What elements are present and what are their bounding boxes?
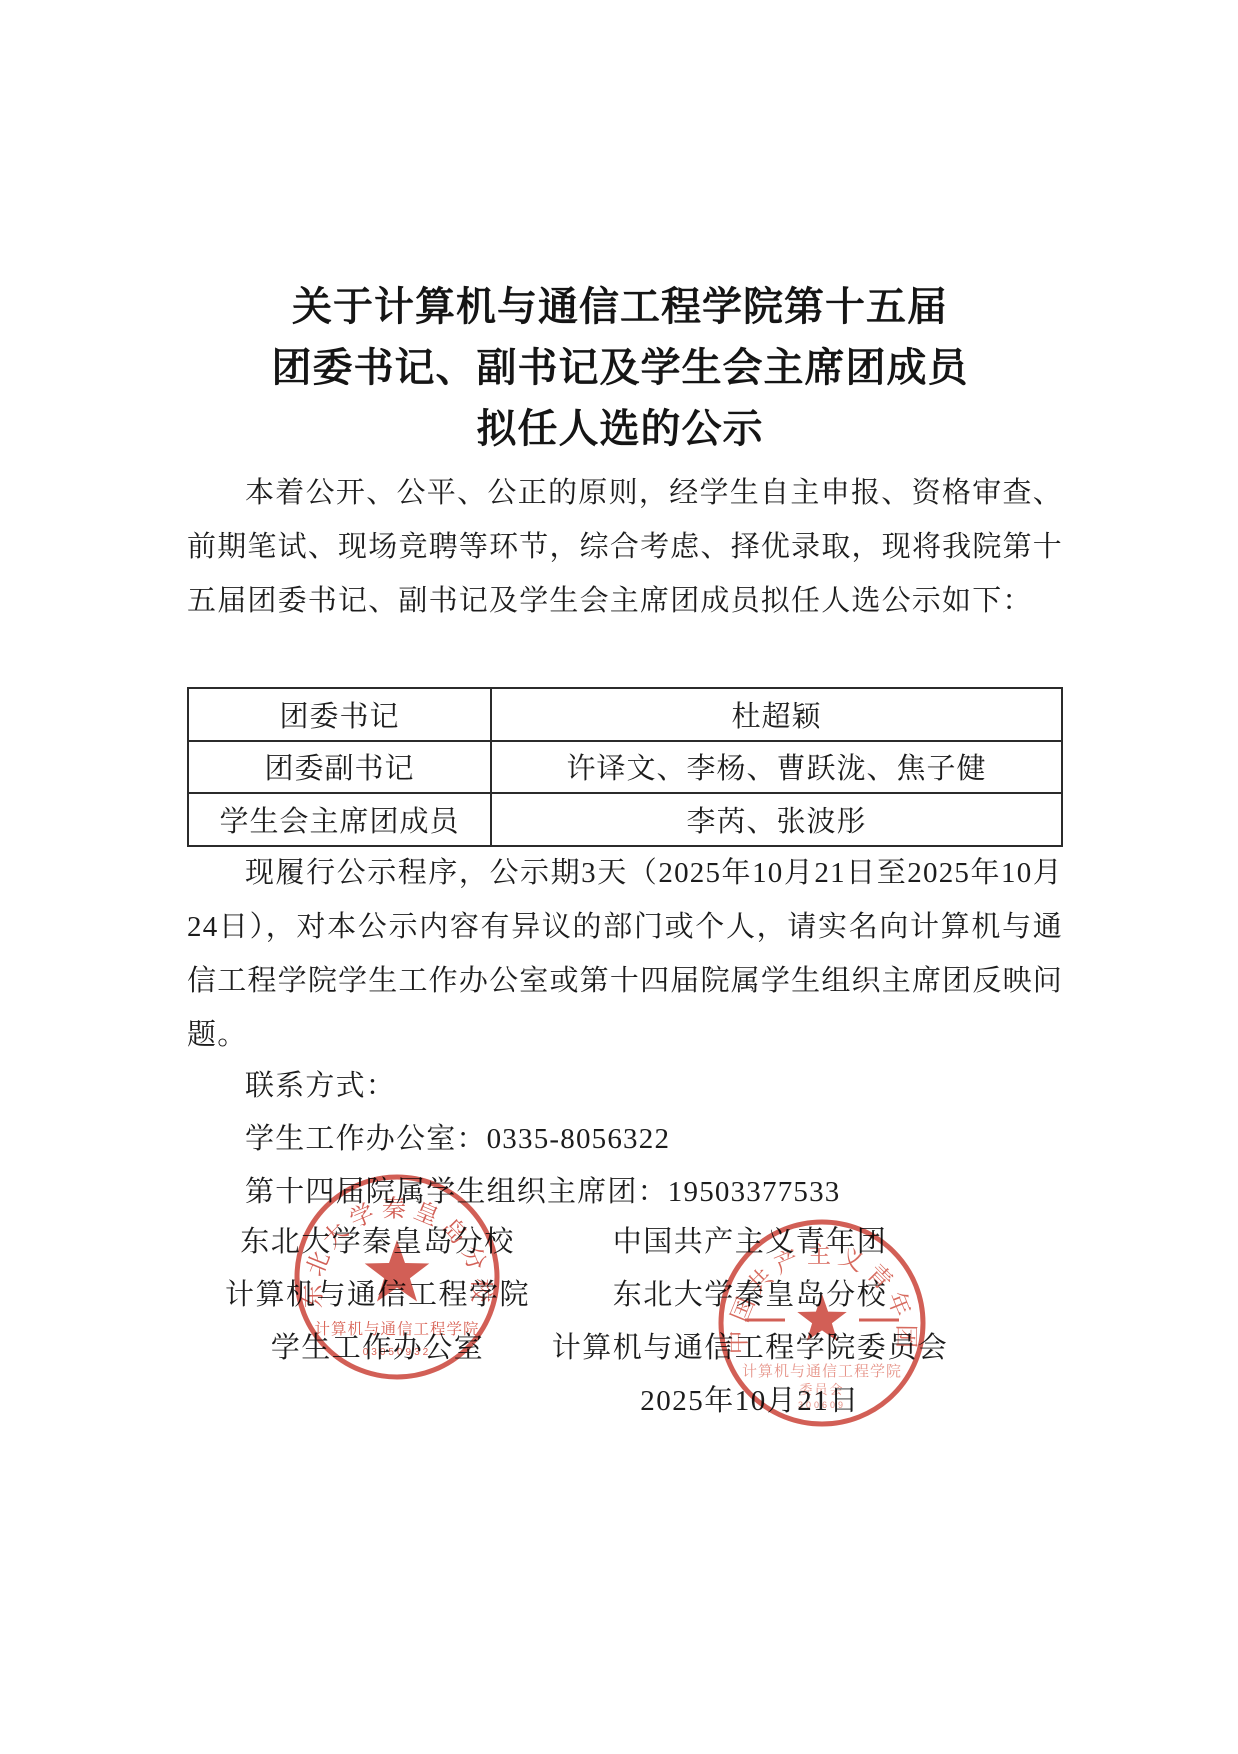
table-row: 团委书记 杜超颖 [188, 688, 1062, 741]
signature-right-line-1: 中国共产主义青年团 [550, 1216, 950, 1269]
title-line-3: 拟任人选的公示 [180, 398, 1060, 459]
notice-paragraph: 现履行公示程序，公示期3天（2025年10月21日至2025年10月24日），对… [187, 846, 1063, 1062]
signature-right-block: 中国共产主义青年团 东北大学秦皇岛分校 计算机与通信工程学院委员会 2025年1… [550, 1216, 950, 1428]
intro-paragraph: 本着公开、公平、公正的原则，经学生自主申报、资格审查、前期笔试、现场竞聘等环节，… [187, 466, 1063, 628]
title-line-1: 关于计算机与通信工程学院第十五届 [180, 276, 1060, 337]
signature-left-line-3: 学生工作办公室 [205, 1322, 550, 1375]
table-cell-role: 团委副书记 [188, 741, 491, 794]
title-line-2: 团委书记、副书记及学生会主席团成员 [180, 337, 1060, 398]
table-cell-role: 学生会主席团成员 [188, 793, 491, 846]
signature-left-line-2: 计算机与通信工程学院 [205, 1269, 550, 1322]
table-cell-role: 团委书记 [188, 688, 491, 741]
signature-date: 2025年10月21日 [550, 1375, 950, 1428]
contact-office-phone: 学生工作办公室：0335-8056322 [187, 1113, 1063, 1166]
announcement-document-page: 关于计算机与通信工程学院第十五届 团委书记、副书记及学生会主席团成员 拟任人选的… [0, 0, 1238, 1754]
table-row: 学生会主席团成员 李芮、张波彤 [188, 793, 1062, 846]
contact-block: 联系方式： 学生工作办公室：0335-8056322 第十四届院属学生组织主席团… [187, 1060, 1063, 1219]
contact-presidium-phone: 第十四届院属学生组织主席团：19503377533 [187, 1166, 1063, 1219]
contact-heading: 联系方式： [187, 1060, 1063, 1113]
signature-right-line-3: 计算机与通信工程学院委员会 [550, 1322, 950, 1375]
signature-right-line-2: 东北大学秦皇岛分校 [550, 1269, 950, 1322]
table-cell-names: 许译文、李杨、曹跃泷、焦子健 [491, 741, 1062, 794]
candidate-table: 团委书记 杜超颖 团委副书记 许译文、李杨、曹跃泷、焦子健 学生会主席团成员 李… [187, 687, 1063, 847]
document-title: 关于计算机与通信工程学院第十五届 团委书记、副书记及学生会主席团成员 拟任人选的… [180, 276, 1060, 459]
table-row: 团委副书记 许译文、李杨、曹跃泷、焦子健 [188, 741, 1062, 794]
signature-left-block: 东北大学秦皇岛分校 计算机与通信工程学院 学生工作办公室 [205, 1216, 550, 1375]
table-cell-names: 李芮、张波彤 [491, 793, 1062, 846]
table-cell-names: 杜超颖 [491, 688, 1062, 741]
signature-left-line-1: 东北大学秦皇岛分校 [205, 1216, 550, 1269]
